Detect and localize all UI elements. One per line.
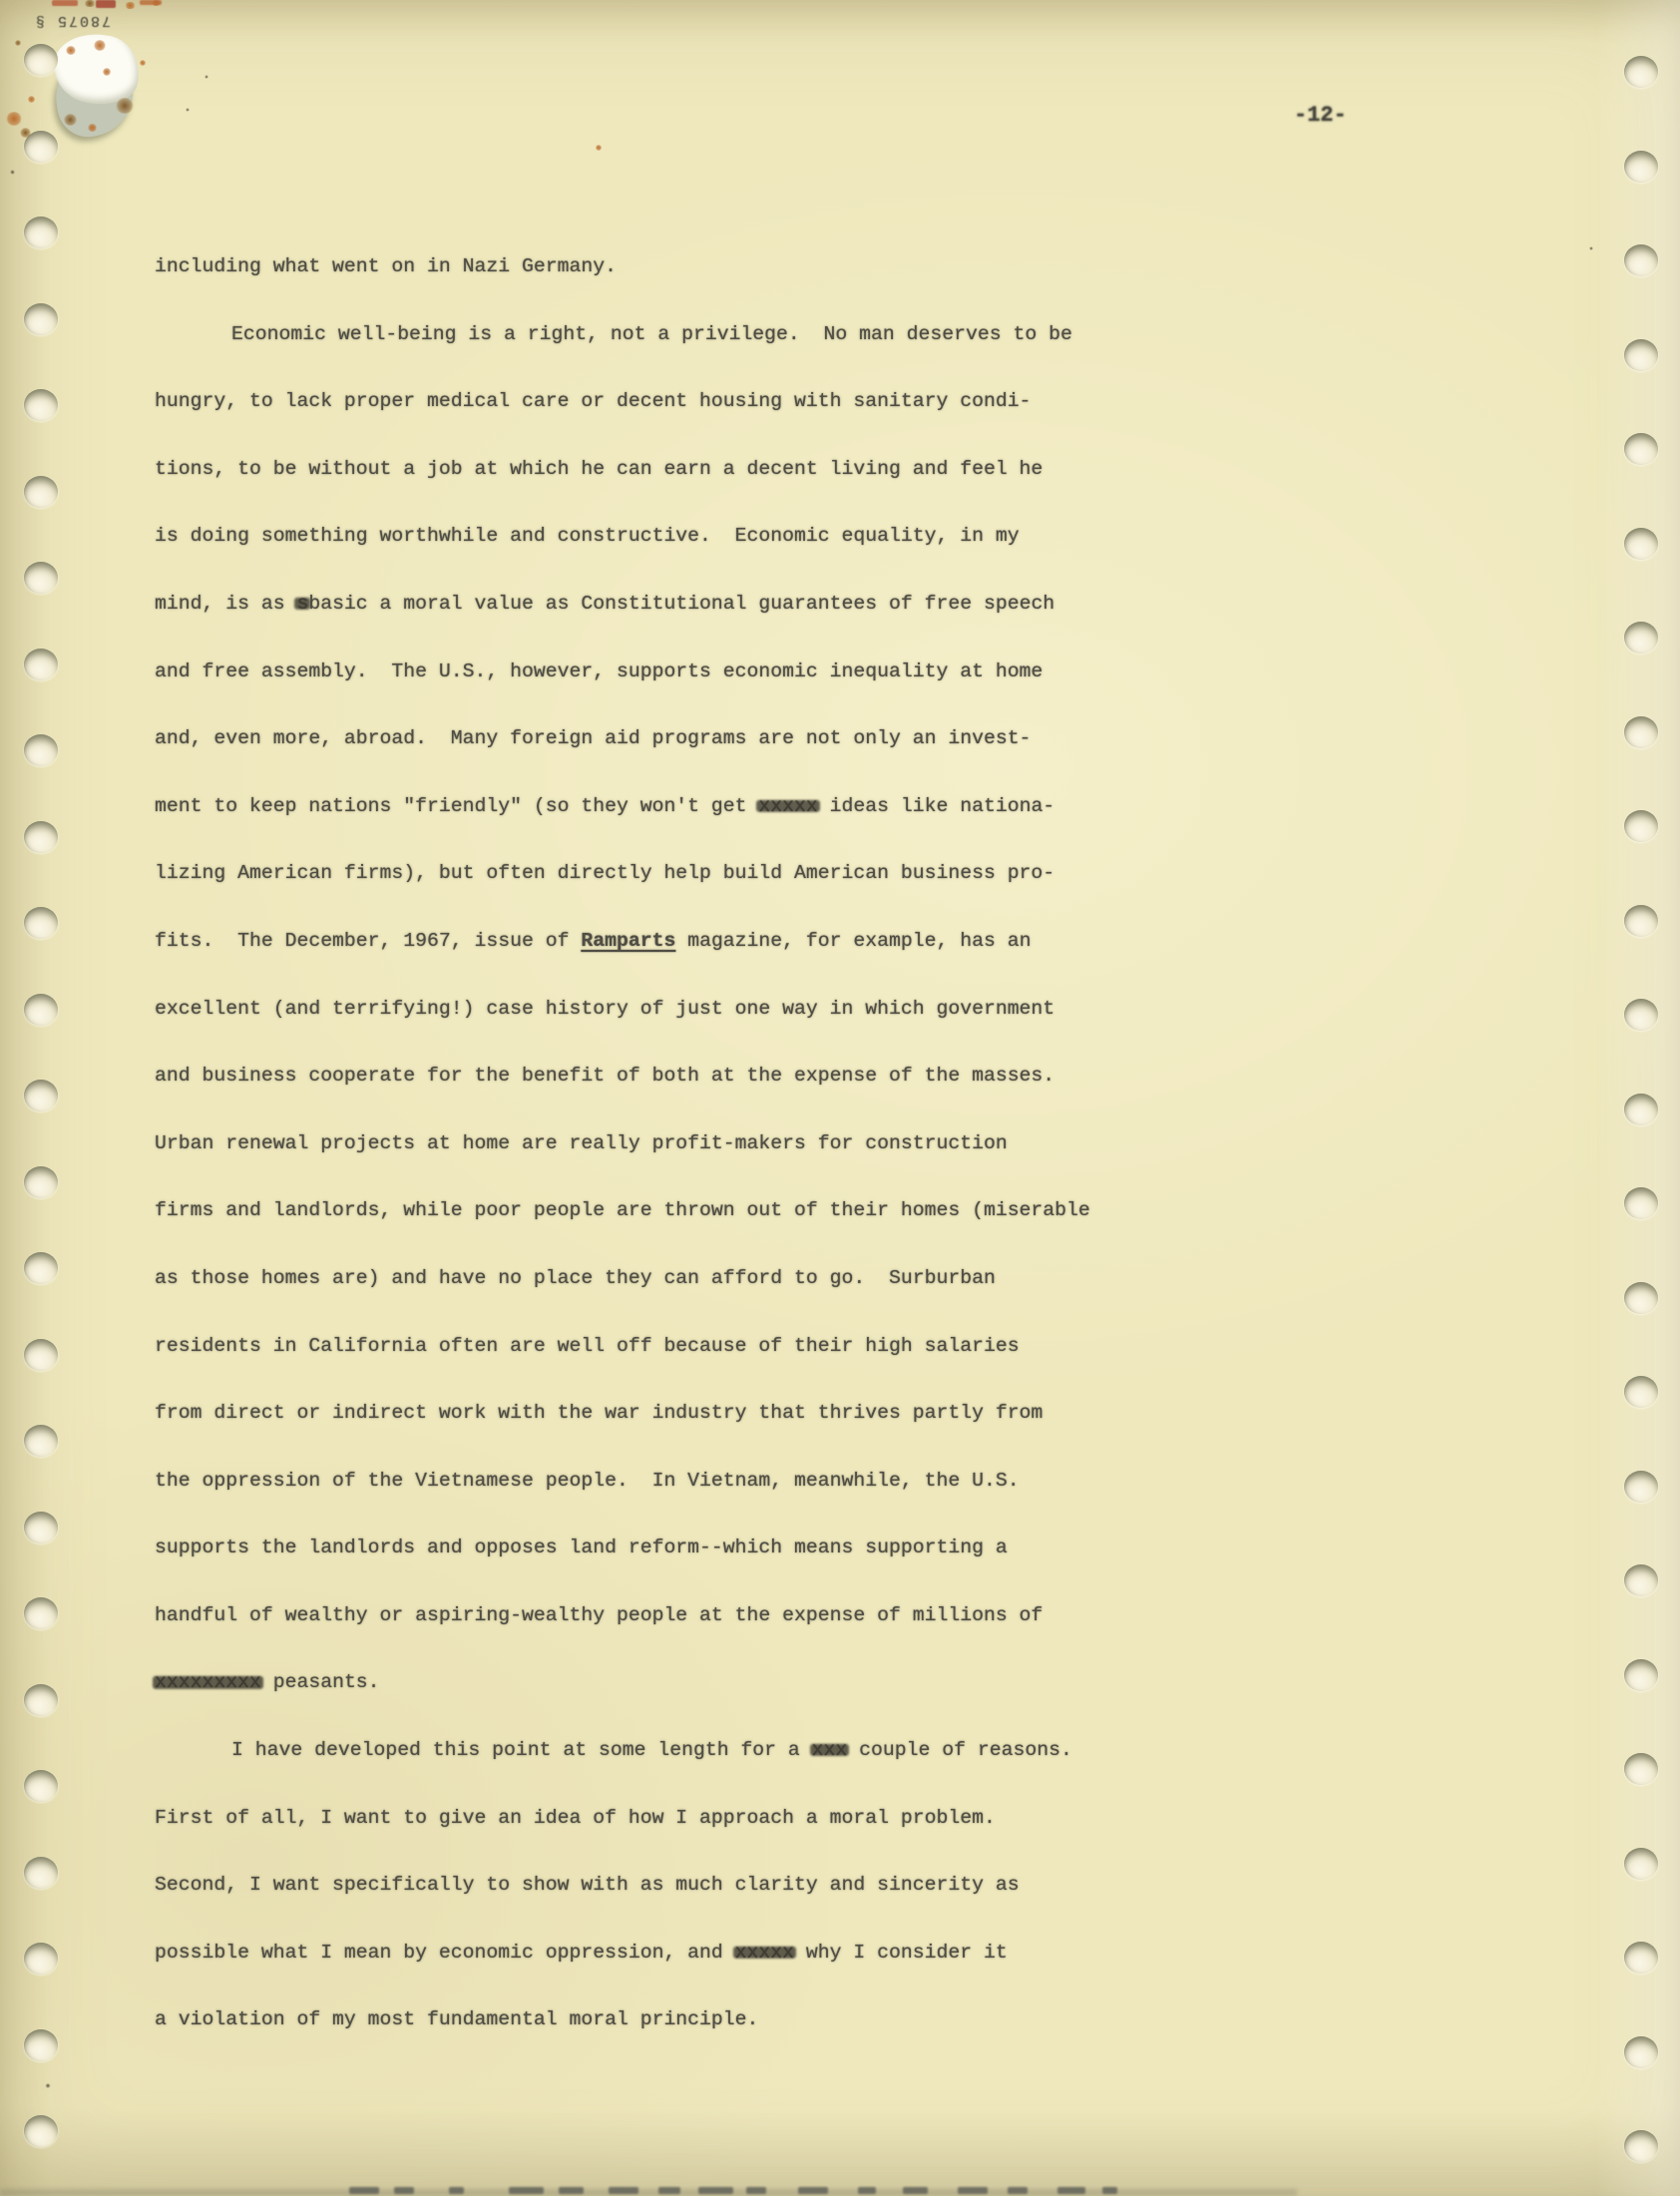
text-segment: as those homes are) and have no place th… bbox=[155, 1267, 996, 1289]
text-segment: and free assembly. The U.S., however, su… bbox=[155, 660, 1043, 682]
stain bbox=[10, 170, 15, 175]
punch-hole bbox=[24, 734, 58, 766]
punch-hole bbox=[1624, 622, 1658, 654]
text-line: supports the landlords and opposes land … bbox=[155, 1515, 1162, 1582]
punch-hole bbox=[24, 1512, 58, 1543]
stain bbox=[116, 98, 134, 114]
text-line: Urban renewal projects at home are reall… bbox=[155, 1110, 1162, 1178]
text-line: a violation of my most fundamental moral… bbox=[155, 1986, 1162, 2054]
text-line: and business cooperate for the benefit o… bbox=[155, 1043, 1162, 1110]
stain bbox=[125, 2, 136, 9]
text-segment: mind, is as bbox=[155, 593, 296, 615]
text-segment: the oppression of the Vietnamese people.… bbox=[155, 1470, 1020, 1492]
text-segment: why I consider it bbox=[794, 1942, 1008, 1964]
punch-hole bbox=[24, 1857, 58, 1889]
stain bbox=[205, 75, 209, 79]
text-segment: excellent (and terrifying!) case history… bbox=[155, 998, 1054, 1020]
text-line: Economic well-being is a right, not a pr… bbox=[155, 301, 1162, 369]
text-segment: lizing American firms), but often direct… bbox=[155, 862, 1054, 884]
text-segment: ment to keep nations "friendly" (so they… bbox=[155, 795, 758, 817]
text-line: mind, is as sbasic a moral value as Cons… bbox=[155, 571, 1162, 639]
punch-hole bbox=[1624, 810, 1658, 842]
underlined-word: Ramparts bbox=[581, 930, 675, 952]
text-line: I have developed this point at some leng… bbox=[155, 1717, 1162, 1785]
punch-hole bbox=[24, 821, 58, 853]
punch-hole bbox=[24, 1166, 58, 1198]
text-segment: tions, to be without a job at which he c… bbox=[155, 458, 1043, 480]
punch-hole bbox=[24, 649, 58, 680]
bottom-edge-mark bbox=[394, 2187, 414, 2194]
stain bbox=[1589, 246, 1593, 250]
stamp-remnant bbox=[96, 0, 116, 8]
text-line: residents in California often are well o… bbox=[155, 1313, 1162, 1381]
text-segment: possible what I mean by economic oppress… bbox=[155, 1942, 735, 1964]
text-segment: peasants. bbox=[261, 1671, 380, 1693]
punch-hole bbox=[24, 907, 58, 939]
punch-hole bbox=[24, 994, 58, 1026]
text-line: including what went on in Nazi Germany. bbox=[155, 233, 1162, 301]
bottom-edge-mark bbox=[509, 2187, 544, 2194]
stain bbox=[94, 40, 106, 51]
text-line: tions, to be without a job at which he c… bbox=[155, 436, 1162, 504]
punch-hole bbox=[24, 389, 58, 421]
punch-hole bbox=[1624, 151, 1658, 183]
text-segment: Economic well-being is a right, not a pr… bbox=[231, 323, 1072, 345]
punch-hole bbox=[1624, 1848, 1658, 1880]
bottom-edge-mark bbox=[1008, 2187, 1028, 2194]
text-segment: hungry, to lack proper medical care or d… bbox=[155, 390, 1031, 412]
text-line: xxxxxxxxx peasants. bbox=[155, 1649, 1162, 1717]
text-segment: handful of wealthy or aspiring-wealthy p… bbox=[155, 1604, 1043, 1626]
punch-hole bbox=[1624, 1187, 1658, 1219]
punch-hole bbox=[1624, 1942, 1658, 1974]
punch-hole bbox=[1624, 1376, 1658, 1408]
bottom-edge-mark bbox=[903, 2187, 928, 2194]
text-line: the oppression of the Vietnamese people.… bbox=[155, 1448, 1162, 1516]
punch-hole bbox=[1624, 1282, 1658, 1314]
struck-out-word: s bbox=[296, 593, 308, 615]
struck-out-word: xxx bbox=[812, 1739, 848, 1761]
stain bbox=[84, 0, 96, 7]
text-segment: and, even more, abroad. Many foreign aid… bbox=[155, 727, 1031, 749]
punch-hole bbox=[1624, 999, 1658, 1031]
text-line: ment to keep nations "friendly" (so they… bbox=[155, 773, 1162, 841]
text-segment: fits. The December, 1967, issue of bbox=[155, 930, 581, 952]
text-line: fits. The December, 1967, issue of Rampa… bbox=[155, 908, 1162, 976]
stain bbox=[15, 40, 21, 46]
text-line: possible what I mean by economic oppress… bbox=[155, 1920, 1162, 1987]
stain bbox=[66, 46, 76, 55]
bottom-edge-mark bbox=[609, 2187, 638, 2194]
text-segment: ideas like nationa- bbox=[818, 795, 1054, 817]
bottom-edge-mark bbox=[559, 2187, 584, 2194]
text-segment: a violation of my most fundamental moral… bbox=[155, 2008, 758, 2030]
bottom-edge-mark bbox=[958, 2187, 988, 2194]
stamp-remnant bbox=[52, 0, 78, 6]
punch-hole bbox=[24, 562, 58, 594]
text-line: excellent (and terrifying!) case history… bbox=[155, 976, 1162, 1044]
bottom-edge-mark bbox=[1057, 2187, 1085, 2194]
text-line: is doing something worthwhile and constr… bbox=[155, 503, 1162, 571]
bottom-edge-mark bbox=[858, 2187, 876, 2194]
bottom-edge-mark bbox=[449, 2187, 464, 2194]
bottom-edge-mark bbox=[698, 2187, 733, 2194]
text-line: hungry, to lack proper medical care or d… bbox=[155, 368, 1162, 436]
text-line: from direct or indirect work with the wa… bbox=[155, 1380, 1162, 1448]
punch-hole bbox=[24, 303, 58, 335]
stain bbox=[140, 60, 146, 66]
stain bbox=[28, 96, 35, 103]
stamp-remnant bbox=[140, 0, 162, 5]
punch-hole bbox=[24, 2029, 58, 2061]
punch-hole bbox=[24, 476, 58, 508]
stain bbox=[45, 2083, 51, 2088]
punch-hole bbox=[24, 1597, 58, 1629]
bottom-edge-mark bbox=[746, 2187, 766, 2194]
text-segment: magazine, for example, has an bbox=[675, 930, 1031, 952]
text-line: lizing American firms), but often direct… bbox=[155, 840, 1162, 908]
typewritten-text: including what went on in Nazi Germany.E… bbox=[155, 233, 1162, 2054]
text-segment: First of all, I want to give an idea of … bbox=[155, 1807, 996, 1829]
punch-hole bbox=[24, 44, 58, 76]
text-line: firms and landlords, while poor people a… bbox=[155, 1177, 1162, 1245]
text-segment: basic a moral value as Constitutional gu… bbox=[308, 593, 1054, 615]
punch-hole bbox=[1624, 244, 1658, 276]
punch-hole bbox=[1624, 2130, 1658, 2162]
punch-hole bbox=[1624, 433, 1658, 465]
bottom-edge-mark bbox=[1102, 2187, 1117, 2194]
text-segment: I have developed this point at some leng… bbox=[231, 1739, 812, 1761]
text-segment: including what went on in Nazi Germany. bbox=[155, 255, 617, 277]
punch-hole bbox=[1624, 56, 1658, 88]
punch-hole bbox=[1624, 339, 1658, 371]
text-line: First of all, I want to give an idea of … bbox=[155, 1785, 1162, 1853]
punch-hole bbox=[24, 1339, 58, 1371]
stain bbox=[103, 68, 111, 76]
punch-hole bbox=[24, 1943, 58, 1975]
punch-hole bbox=[1624, 2036, 1658, 2068]
struck-out-word: xxxxx bbox=[735, 1942, 794, 1964]
text-segment: Second, I want specifically to show with… bbox=[155, 1874, 1020, 1896]
text-line: and free assembly. The U.S., however, su… bbox=[155, 639, 1162, 706]
text-segment: residents in California often are well o… bbox=[155, 1335, 1020, 1357]
text-segment: couple of reasons. bbox=[847, 1739, 1072, 1761]
punch-hole bbox=[1624, 1564, 1658, 1596]
struck-out-word: xxxxx bbox=[758, 795, 817, 817]
stain bbox=[186, 108, 190, 112]
stain bbox=[64, 114, 77, 126]
text-segment: and business cooperate for the benefit o… bbox=[155, 1065, 1054, 1087]
punch-hole bbox=[1624, 1753, 1658, 1785]
bottom-edge-mark bbox=[658, 2187, 680, 2194]
text-segment: from direct or indirect work with the wa… bbox=[155, 1402, 1043, 1424]
punch-hole bbox=[1624, 1471, 1658, 1503]
archive-stamp: 78075 § bbox=[34, 12, 111, 29]
punch-hole bbox=[24, 2115, 58, 2147]
punch-hole bbox=[24, 217, 58, 248]
stain bbox=[88, 124, 97, 132]
page-number: -12- bbox=[1294, 103, 1347, 128]
scanned-page: 78075 § -12- including what went on in N… bbox=[0, 0, 1680, 2196]
punch-hole bbox=[24, 1684, 58, 1716]
text-line: Second, I want specifically to show with… bbox=[155, 1852, 1162, 1920]
stain bbox=[20, 128, 31, 138]
text-segment: firms and landlords, while poor people a… bbox=[155, 1199, 1090, 1221]
punch-hole bbox=[24, 1425, 58, 1457]
bottom-edge-mark bbox=[798, 2187, 828, 2194]
punch-hole bbox=[1624, 1659, 1658, 1691]
text-line: and, even more, abroad. Many foreign aid… bbox=[155, 705, 1162, 773]
text-line: handful of wealthy or aspiring-wealthy p… bbox=[155, 1582, 1162, 1650]
stain bbox=[596, 145, 602, 151]
struck-out-word: xxxxxxxxx bbox=[155, 1671, 261, 1693]
punch-hole bbox=[24, 1770, 58, 1802]
punch-hole bbox=[24, 1080, 58, 1111]
punch-hole bbox=[1624, 528, 1658, 560]
bottom-edge-mark bbox=[349, 2187, 379, 2194]
text-segment: is doing something worthwhile and constr… bbox=[155, 525, 1020, 547]
punch-hole bbox=[1624, 1094, 1658, 1125]
text-segment: supports the landlords and opposes land … bbox=[155, 1537, 1008, 1558]
punch-hole bbox=[1624, 716, 1658, 748]
stain bbox=[6, 112, 22, 126]
punch-hole bbox=[24, 1252, 58, 1284]
text-segment: Urban renewal projects at home are reall… bbox=[155, 1132, 1008, 1154]
text-line: as those homes are) and have no place th… bbox=[155, 1245, 1162, 1313]
punch-hole bbox=[1624, 905, 1658, 937]
